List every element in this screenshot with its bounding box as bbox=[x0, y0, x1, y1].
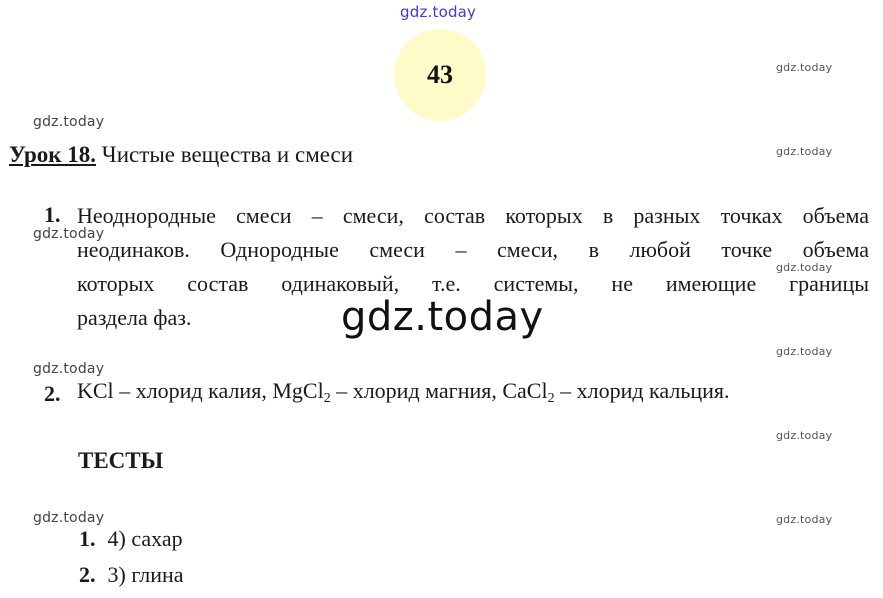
test-number: 2. bbox=[79, 562, 96, 587]
formula: KCl bbox=[77, 378, 114, 403]
test-item: 2.3) глина bbox=[79, 562, 184, 588]
tests-heading: ТЕСТЫ bbox=[78, 448, 163, 474]
lesson-label: Урок 18. bbox=[9, 142, 96, 167]
test-number: 1. bbox=[79, 526, 96, 551]
answer-2-text: KCl – хлорид калия, MgCl2 – хлорид магни… bbox=[77, 378, 730, 407]
watermark: gdz.today bbox=[776, 345, 832, 358]
lesson-heading: Урок 18. Чистые вещества и смеси bbox=[9, 142, 353, 168]
formula: MgCl bbox=[272, 378, 323, 403]
answer-number: 1. bbox=[44, 202, 61, 228]
watermark: gdz.today bbox=[33, 361, 104, 377]
watermark: gdz.today bbox=[776, 61, 832, 74]
answer-1-line: Неоднородные смеси – смеси, состав котор… bbox=[77, 199, 869, 233]
formula: CaCl bbox=[502, 378, 547, 403]
test-item: 1.4) сахар bbox=[79, 526, 183, 552]
test-answer: 4) сахар bbox=[108, 526, 183, 551]
compound-name: – хлорид магния, bbox=[331, 378, 503, 403]
watermark: gdz.today bbox=[33, 114, 104, 130]
compound-name: – хлорид калия, bbox=[114, 378, 273, 403]
watermark: gdz.today bbox=[33, 510, 104, 526]
page-number-badge: 43 bbox=[394, 29, 486, 121]
watermark-top: gdz.today bbox=[400, 3, 476, 21]
watermark-large: gdz.today bbox=[341, 294, 544, 340]
watermark: gdz.today bbox=[776, 429, 832, 442]
test-answer: 3) глина bbox=[108, 562, 184, 587]
watermark: gdz.today bbox=[776, 145, 832, 158]
answer-number: 2. bbox=[44, 381, 61, 407]
lesson-title: Чистые вещества и смеси bbox=[102, 142, 353, 167]
subscript: 2 bbox=[324, 391, 331, 406]
page-number: 43 bbox=[427, 60, 453, 90]
answer-1-line: неодинаков. Однородные смеси – смеси, в … bbox=[77, 233, 869, 267]
compound-name: – хлорид кальция. bbox=[555, 378, 730, 403]
watermark: gdz.today bbox=[776, 513, 832, 526]
subscript: 2 bbox=[548, 391, 555, 406]
